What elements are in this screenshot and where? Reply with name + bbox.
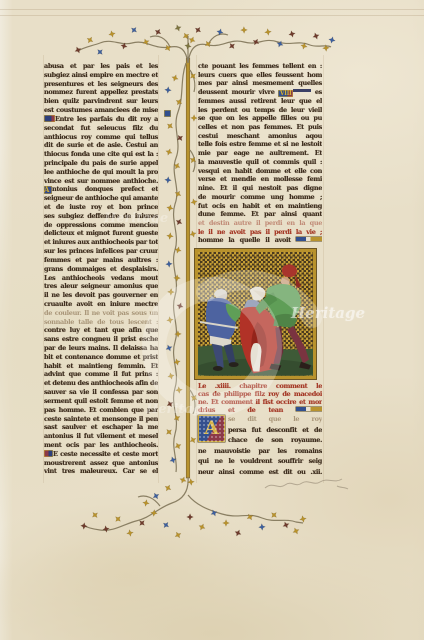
watermark-logo: [0, 0, 424, 640]
manuscript-page: abusa et par les pais et les peuplessubg…: [0, 0, 424, 640]
